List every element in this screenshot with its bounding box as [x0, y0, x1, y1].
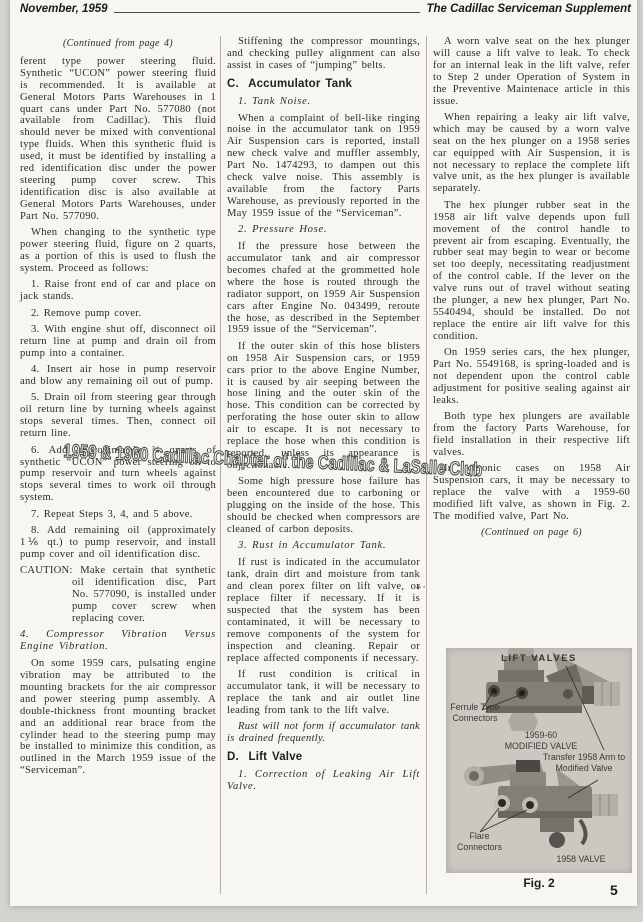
valve-1958-label: 1958 VALVE: [541, 854, 621, 865]
paragraph: ferent type power steering fluid. Synthe…: [20, 56, 216, 223]
page-number: 5: [610, 882, 618, 898]
ferrule-connectors-label: Ferrule Type Connectors: [446, 702, 504, 723]
step-4: 4. Insert air hose in pump reservoir and…: [20, 364, 216, 388]
paragraph: The hex plunger rubber seat in the 1958 …: [433, 200, 630, 343]
section-heading-lift-valve: D. Lift Valve: [227, 752, 420, 764]
registration-mark: +·: [416, 583, 427, 593]
caution-note: CAUTION: Make certain that synthetic oil…: [20, 565, 216, 625]
continued-from-note: (Continued from page 4): [20, 38, 216, 50]
step-3: 3. With engine shut off, disconnect oil …: [20, 324, 216, 360]
paragraph: When a complaint of bell-like ringing no…: [227, 113, 420, 220]
paragraph: When changing to the synthetic type powe…: [20, 227, 216, 275]
paragraph: When repairing a leaky air lift valve, w…: [433, 112, 630, 195]
publication-title: The Cadillac Serviceman Supplement: [426, 3, 631, 15]
subheading-compressor-vibration: 4. Compressor Vibration Versus Engine Vi…: [20, 629, 216, 653]
continued-on-note: (Continued on page 6): [433, 527, 630, 539]
subheading-correction-of-leaking-air-lift-valve: 1. Correction of Leaking Air Lift Valve.: [227, 769, 420, 793]
issue-date: November, 1959: [20, 3, 108, 15]
step-7: 7. Repeat Steps 3, 4, and 5 above.: [20, 509, 216, 521]
transfer-arm-label: Transfer 1958 Arm to Modified Valve: [536, 752, 632, 773]
header-rule: [114, 11, 421, 13]
section-heading-accumulator-tank: C. Accumulator Tank: [227, 79, 420, 91]
step-5: 5. Drain oil from steering gear through …: [20, 392, 216, 440]
italic-note: Rust will not form if accumulator tank i…: [227, 721, 420, 745]
figure-title: LIFT VALVES: [446, 653, 632, 664]
paragraph: If rust condition is critical in accumul…: [227, 669, 420, 717]
paragraph: Some high pressure hose failure has been…: [227, 476, 420, 536]
column-2: Stiffening the compressor mountings, and…: [227, 36, 420, 798]
subheading-tank-noise: 1. Tank Noise.: [227, 96, 420, 108]
paragraph: A worn valve seat on the hex plunger wil…: [433, 36, 630, 107]
step-8: 8. Add remaining oil (approximately 1⅙ q…: [20, 525, 216, 561]
paragraph: Stiffening the compressor mountings, and…: [227, 36, 420, 72]
scanned-page-background: November, 1959 The Cadillac Serviceman S…: [0, 0, 643, 922]
paragraph: Both type hex plungers are available fro…: [433, 411, 630, 459]
step-1: 1. Raise front end of car and place on j…: [20, 279, 216, 303]
paragraph: On some 1959 cars, pulsating engine vibr…: [20, 658, 216, 777]
step-2: 2. Remove pump cover.: [20, 308, 216, 320]
subheading-pressure-hose: 2. Pressure Hose.: [227, 224, 420, 236]
paragraph: If rust is indicated in the accumulator …: [227, 557, 420, 664]
figure-caption: Fig. 2: [446, 876, 632, 890]
subheading-rust-in-accumulator-tank: 3. Rust in Accumulator Tank.: [227, 540, 420, 552]
column-1: (Continued from page 4)ferent type power…: [20, 36, 216, 782]
page-header: November, 1959 The Cadillac Serviceman S…: [20, 3, 631, 15]
figure-photo: LIFT VALVES Ferrule Type Connectors 1959…: [446, 648, 632, 873]
modified-valve-label: 1959-60 MODIFIED VALVE: [491, 730, 591, 751]
paragraph: If the pressure hose between the accumul…: [227, 241, 420, 336]
paragraph: On 1959 series cars, the hex plunger, Pa…: [433, 347, 630, 407]
flare-connectors-label: Flare Connectors: [452, 831, 507, 852]
